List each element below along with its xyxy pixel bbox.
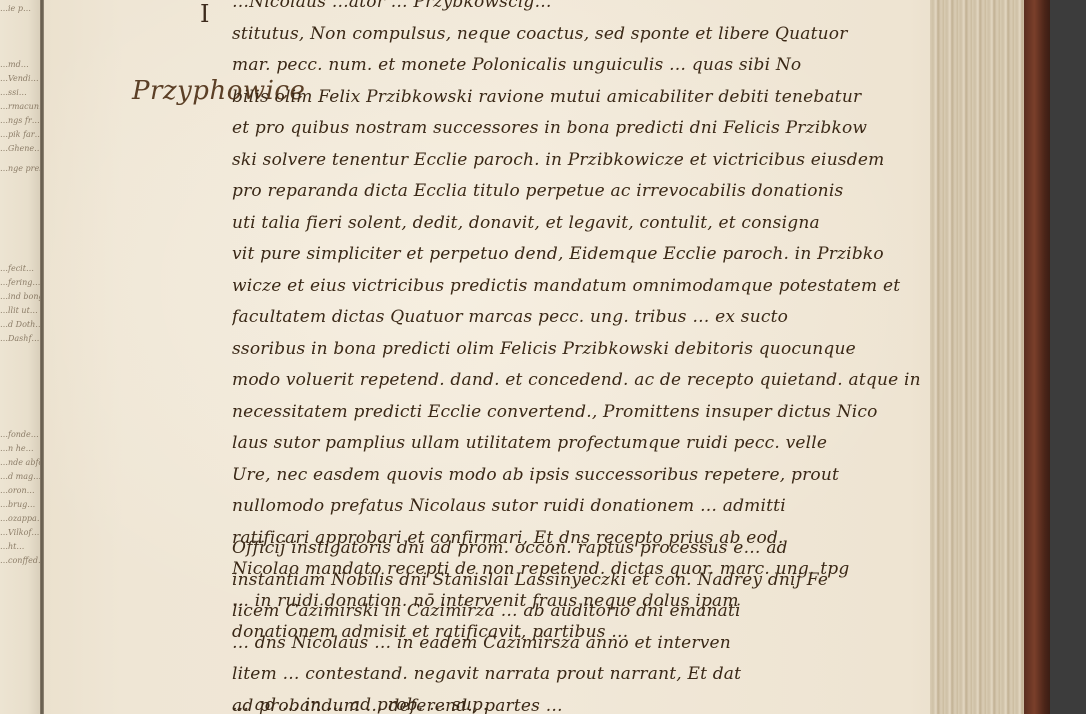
left-page-margin-note: …fonde…	[0, 428, 40, 441]
left-page-margin-note: …conffed…	[0, 554, 40, 567]
manuscript-line: wicze et eius victricibus predictis mand…	[232, 271, 932, 303]
left-page-margin-note: …ind bong…	[0, 290, 40, 303]
right-page: I Przyphowice …Nicolaus …ator … Przybkow…	[44, 0, 1024, 714]
left-page-margin-note: …fering…	[0, 276, 40, 289]
manuscript-line: ski solvere tenentur Ecclie paroch. in P…	[232, 145, 932, 177]
page-edges	[930, 0, 1024, 714]
manuscript-line: ssoribus in bona predicti olim Felicis P…	[232, 334, 932, 366]
left-page-margin-note: …llit ut…	[0, 304, 40, 317]
left-page-margin-note: …ngs fr…	[0, 114, 40, 127]
manuscript-line: instantiam Nobilis dni Stanislai Lassiny…	[232, 565, 932, 597]
left-page-margin-note: …fecit…	[0, 262, 40, 275]
manuscript-line: litem … contestand. negavit narrata prou…	[232, 659, 932, 691]
manuscript-line: modo voluerit repetend. dand. et concede…	[232, 365, 932, 397]
manuscript-scan: …ie p……md……Vendi……ssi……rmacun……ngs fr……p…	[0, 0, 1086, 714]
left-page-margin-note: …Vilkof…	[0, 526, 40, 539]
left-page-margin-note: …rmacun…	[0, 100, 40, 113]
manuscript-paragraph-2: Officij instigatoris dni ad prom. occon.…	[232, 533, 932, 714]
manuscript-paragraph-3: … ad … in … ad prob. … sup.	[232, 690, 932, 714]
left-page-margin-note: …nde abfo…	[0, 456, 40, 469]
manuscript-line: facultatem dictas Quatuor marcas pecc. u…	[232, 302, 932, 334]
left-facing-page: …ie p……md……Vendi……ssi……rmacun……ngs fr……p…	[0, 0, 40, 714]
left-page-margin-note: …pik far…	[0, 128, 40, 141]
leather-binding	[1024, 0, 1050, 714]
manuscript-line: … dns Nicolaus … in eadem Cazimirsza ann…	[232, 628, 932, 660]
left-page-margin-note: …d mag…	[0, 470, 40, 483]
manuscript-line: licem Cazimirski in Cazimirza … ab audit…	[232, 596, 932, 628]
manuscript-line: stitutus, Non compulsus, neque coactus, …	[232, 19, 932, 51]
left-page-margin-note: …ozappa…	[0, 512, 40, 525]
folio-mark: I	[200, 0, 209, 28]
manuscript-line: laus sutor pamplius ullam utilitatem pro…	[232, 428, 932, 460]
left-page-margin-note: …ssi…	[0, 86, 40, 99]
manuscript-line: mar. pecc. num. et monete Polonicalis un…	[232, 50, 932, 82]
left-page-margin-note: …ht…	[0, 540, 40, 553]
left-page-margin-note: …n he…	[0, 442, 40, 455]
left-page-margin-note: …brug…	[0, 498, 40, 511]
manuscript-line: … ad … in … ad prob. … sup.	[232, 690, 932, 714]
left-page-margin-note: …d Doth…	[0, 318, 40, 331]
left-page-margin-note: …Ghene…	[0, 142, 40, 155]
manuscript-line: uti talia fieri solent, dedit, donavit, …	[232, 208, 932, 240]
manuscript-line: vit pure simpliciter et perpetuo dend, E…	[232, 239, 932, 271]
backdrop	[1050, 0, 1086, 714]
left-page-margin-note: …md…	[0, 58, 40, 71]
left-page-margin-note: …Vendi…	[0, 72, 40, 85]
manuscript-line: bilis olim Felix Przibkowski ravione mut…	[232, 82, 932, 114]
manuscript-line: necessitatem predicti Ecclie convertend.…	[232, 397, 932, 429]
manuscript-line: nullomodo prefatus Nicolaus sutor ruidi …	[232, 491, 932, 523]
left-page-margin-note: …nge prela…	[0, 162, 40, 175]
manuscript-line: pro reparanda dicta Ecclia titulo perpet…	[232, 176, 932, 208]
manuscript-line: …Nicolaus …ator … Przybkowscig…	[232, 0, 932, 19]
left-page-margin-note: …ie p…	[0, 2, 40, 15]
manuscript-line: et pro quibus nostram successores in bon…	[232, 113, 932, 145]
manuscript-line: Ure, nec easdem quovis modo ab ipsis suc…	[232, 460, 932, 492]
left-page-margin-note: …Dashf…	[0, 332, 40, 345]
left-page-margin-note: …oron…	[0, 484, 40, 497]
manuscript-line: Officij instigatoris dni ad prom. occon.…	[232, 533, 932, 565]
